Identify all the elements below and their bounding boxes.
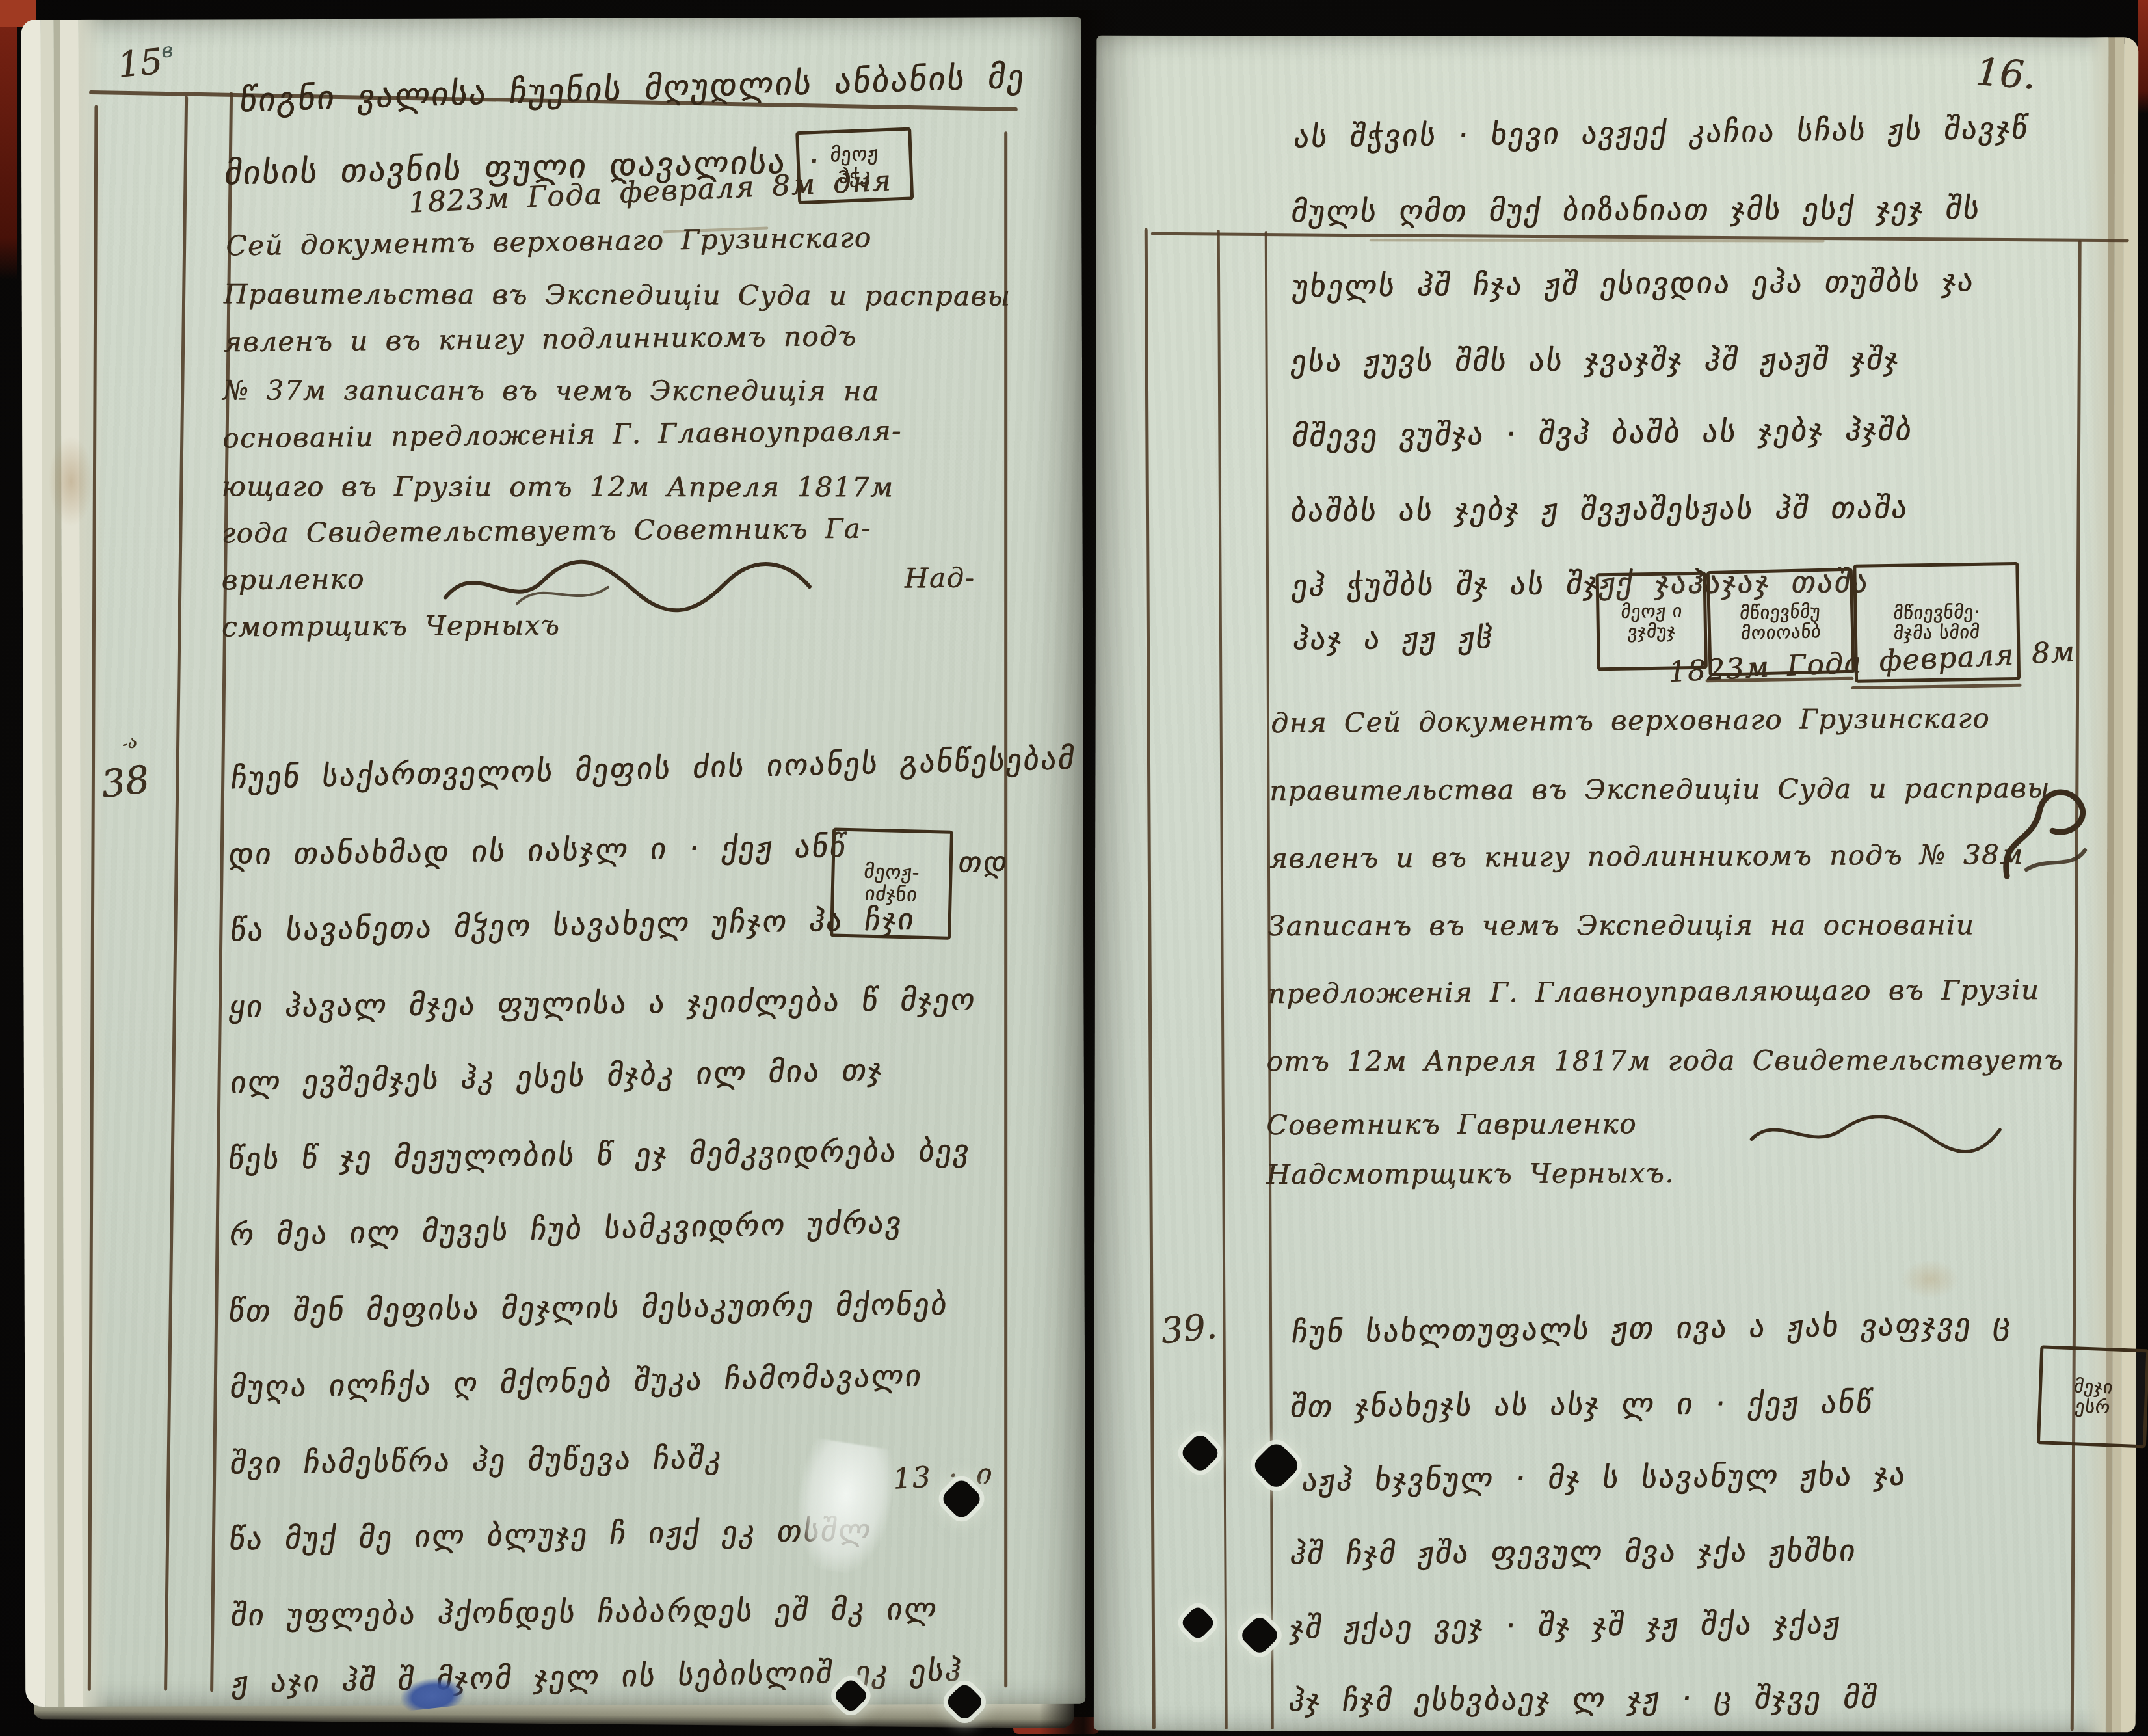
left-page-number: 15в bbox=[116, 39, 176, 85]
paper-hole bbox=[1179, 1432, 1221, 1474]
russian-line: основаніи предложенія Г. Главноуправля- bbox=[222, 414, 902, 454]
stamp-underline bbox=[1851, 684, 2022, 689]
stamp-box-line: მეოჟ- bbox=[862, 861, 921, 885]
russian-line: № 37м записанъ въ чемъ Экспедиція на bbox=[222, 374, 879, 407]
russian-line: дня Сей документъ верховнаго Грузинскаго bbox=[1271, 702, 1990, 739]
stamp-box-line: მეოჟ ი bbox=[1620, 600, 1684, 622]
entry-38-line: წა სავანეთა მჴეო სავახელ უჩჯო ჰა ჩჯი bbox=[228, 901, 918, 948]
russian-line: Надсмотрщикъ Черныхъ. bbox=[1266, 1157, 1675, 1190]
stamp-box-line: მწიევნმე· bbox=[1892, 601, 1981, 623]
paper-hole bbox=[1238, 1614, 1280, 1657]
russian-line: явленъ и въ книгу подлинникомъ подъ bbox=[223, 320, 856, 358]
right-georgian-line: მშევე ვუშჯა · შვჰ ბაშბ ას ჯებჯ ჰჯშბ bbox=[1290, 412, 1915, 453]
entry-38-line: ში უფლება ჰქონდეს ჩაბარდეს ეშ მკ ილ bbox=[228, 1591, 941, 1633]
russian-line-signature-right: Над- bbox=[904, 561, 975, 594]
entry-39-line: ჰჯ ჩჯმ ესხვბაეჯ ლ ჯჟ · ც შჯვე მშ bbox=[1286, 1679, 1881, 1718]
left-page: 15в წიგნი ვალისა ჩუენის მღუდლის ანბანის … bbox=[21, 17, 1086, 1707]
stamp-box-line: ესრ bbox=[2074, 1396, 2112, 1417]
entry-38-line: ყი ჰავალ მჯეა ფულისა ა ჯეიძლება წ მჯეო bbox=[227, 982, 979, 1024]
entry-39-line: ჩუნ სახლთუფალს ჟთ ივა ა ჟახ ვაფჯვე ც bbox=[1290, 1305, 2015, 1350]
cover-red-right-edge bbox=[2138, 0, 2148, 114]
right-right-border-rule bbox=[2071, 240, 2082, 1731]
stamp-box-line: მეოჟ bbox=[829, 143, 879, 167]
russian-line: Правительства въ Экспедиціи Суда и распр… bbox=[224, 278, 1011, 312]
russian-line: ющаго въ Грузіи отъ 12м Апреля 1817м bbox=[222, 470, 894, 503]
paper-damage-smudge bbox=[789, 1437, 899, 1578]
entry-number-mark: -ა bbox=[120, 732, 139, 754]
right-page-stack-edge-1 bbox=[2121, 37, 2139, 1732]
entry-38-line: ჩუენ საქართველოს მეფის ძის იოანეს განწეს… bbox=[229, 741, 1078, 796]
entry-39-line: შთ ჯნახეჯს ას ასჯ ლ ი · ქეჟ ანწ bbox=[1288, 1385, 1876, 1424]
right-vertical-rule-1 bbox=[1145, 228, 1156, 1729]
entry-39-inline-stamp: მეჯი ესრ bbox=[2037, 1345, 2148, 1448]
entry-39-line: აჟჰ ხჯვნულ · მჯ ს სავანულ ჟხა ჯა bbox=[1299, 1456, 1909, 1498]
entry-38-note-13: 13 · ი bbox=[892, 1457, 994, 1495]
stamp-box-line: ვჯმუჯ bbox=[1627, 621, 1677, 642]
signature-flourish bbox=[1745, 1103, 2005, 1162]
russian-line: предложенія Г. Главноуправляющаго въ Гру… bbox=[1267, 974, 2039, 1009]
left-right-border-rule bbox=[1004, 131, 1007, 1687]
russian-line: смотрщикъ Черныхъ bbox=[222, 609, 560, 643]
left-page-number-value: 15 bbox=[116, 40, 164, 85]
entry-38-line: რ მეა ილ მუვეს ჩუბ სამკვიდრო უძრავ bbox=[228, 1205, 905, 1252]
entry-39-line: ჯშ ჟქაე ვეჯ · შჯ ჯშ ჯჟ შქა ჯქაჟ bbox=[1288, 1605, 1844, 1645]
right-vertical-rule-2 bbox=[1217, 230, 1228, 1729]
entry-39-line: ჰშ ჩჯმ ჟშა ფევულ მვა ჯქა ჟხშხი bbox=[1288, 1533, 1859, 1571]
russian-line-signature: Советникъ Гавриленко bbox=[1266, 1108, 1637, 1141]
russian-line: явленъ и въ книгу подлинникомъ подъ № 38… bbox=[1269, 838, 2024, 874]
russian-line: правительства въ Экспедиціи Суда и распр… bbox=[1269, 772, 2050, 807]
entry-38-line: მუღა ილჩქა ღ მქონებ შუკა ჩამომავალი bbox=[228, 1358, 925, 1405]
left-vertical-rule-2 bbox=[164, 96, 188, 1691]
russian-line: Сей документъ верховнаго Грузинскаго bbox=[226, 221, 872, 261]
paper-stain bbox=[1901, 1260, 1959, 1299]
entry-38-line: წთ შენ მეფისა მეჯლის მესაკუთრე მქონებ bbox=[226, 1287, 951, 1329]
entry-number-39: 39. bbox=[1159, 1305, 1219, 1352]
georgian-header-line: წიგნი ვალისა ჩუენის მღუდლის ანბანის მე bbox=[237, 57, 1028, 119]
entry-38-after-box: თდ bbox=[956, 846, 1011, 879]
right-top-rule-faded bbox=[1370, 239, 1825, 242]
manuscript-scan: 15в წიგნი ვალისა ჩუენის მღუდლის ანბანის … bbox=[0, 0, 2148, 1736]
paper-hole bbox=[1251, 1439, 1302, 1491]
russian-line: отъ 12м Апреля 1817м года Свидетельствуе… bbox=[1266, 1044, 2063, 1077]
right-georgian-line: ესა ჟუვს შმს ას ჯვაჯშჯ ჰშ ჟაჟშ ჯშჯ bbox=[1288, 341, 1902, 379]
right-georgian-line: ას შჭვის · ხევი ავჟექ კაჩია სჩას ჟს შავჯ… bbox=[1292, 110, 2032, 154]
stamp-box-line: მოიოანბ bbox=[1740, 621, 1822, 643]
right-georgian-line: ბაშბს ას ჯებჯ ჟ შვჟაშესჟას ჰშ თაშა bbox=[1288, 490, 1911, 528]
entry-38-line: წეს წ ჯე მეჟულობის წ ეჯ მემკვიდრება ბევ bbox=[226, 1132, 973, 1176]
ink-blot-flourish bbox=[1987, 779, 2104, 889]
stamp-box-line: მეჯი bbox=[2073, 1376, 2114, 1397]
stamp-box-line: მწიევნმუ bbox=[1740, 601, 1822, 623]
russian-line: года Свидетельствуетъ Советникъ Га- bbox=[221, 512, 871, 549]
entry-38-line: დი თანახმად ის იასჯლ ი · ქეჟ ანწ bbox=[226, 829, 849, 872]
entry-number-38: 38 bbox=[99, 756, 152, 807]
right-georgian-line: უხელს ჰშ ჩჯა ჟშ ესივდია ეჰა თუშბს ჯა bbox=[1290, 263, 1978, 304]
right-georgian-line: მულს ღმთ მუქ ბიზანიათ ჯმს ესქ ჯეჯ შს bbox=[1289, 191, 1983, 230]
right-georgian-pre-box: ჰაჯ ა ჟჟ ჟჱ bbox=[1291, 620, 1496, 656]
right-page: 16. ას შჭვის · ხევი ავჟექ კაჩია სჩას ჟს … bbox=[1094, 36, 2139, 1733]
entry-38-line: წა მუქ მე ილ ბლუჯე ჩ იჟქ ეკ თსშლ bbox=[227, 1512, 875, 1557]
right-page-number: 16. bbox=[1974, 49, 2037, 98]
russian-line-signature-left: вриленко bbox=[221, 563, 364, 596]
paper-hole bbox=[1180, 1605, 1217, 1642]
entry-38-line: შვი ჩამესწრა ჰე მუწევა ჩაშკ bbox=[228, 1440, 725, 1481]
russian-line: Записанъ въ чемъ Экспедиція на основаніи bbox=[1268, 909, 1975, 942]
cover-red-left-edge bbox=[0, 0, 17, 280]
left-page-number-sup: в bbox=[161, 39, 174, 62]
entry-38-line: ილ ევშემჯეს ჰკ ესეს მჯბკ ილ მია თჯ bbox=[228, 1052, 886, 1100]
